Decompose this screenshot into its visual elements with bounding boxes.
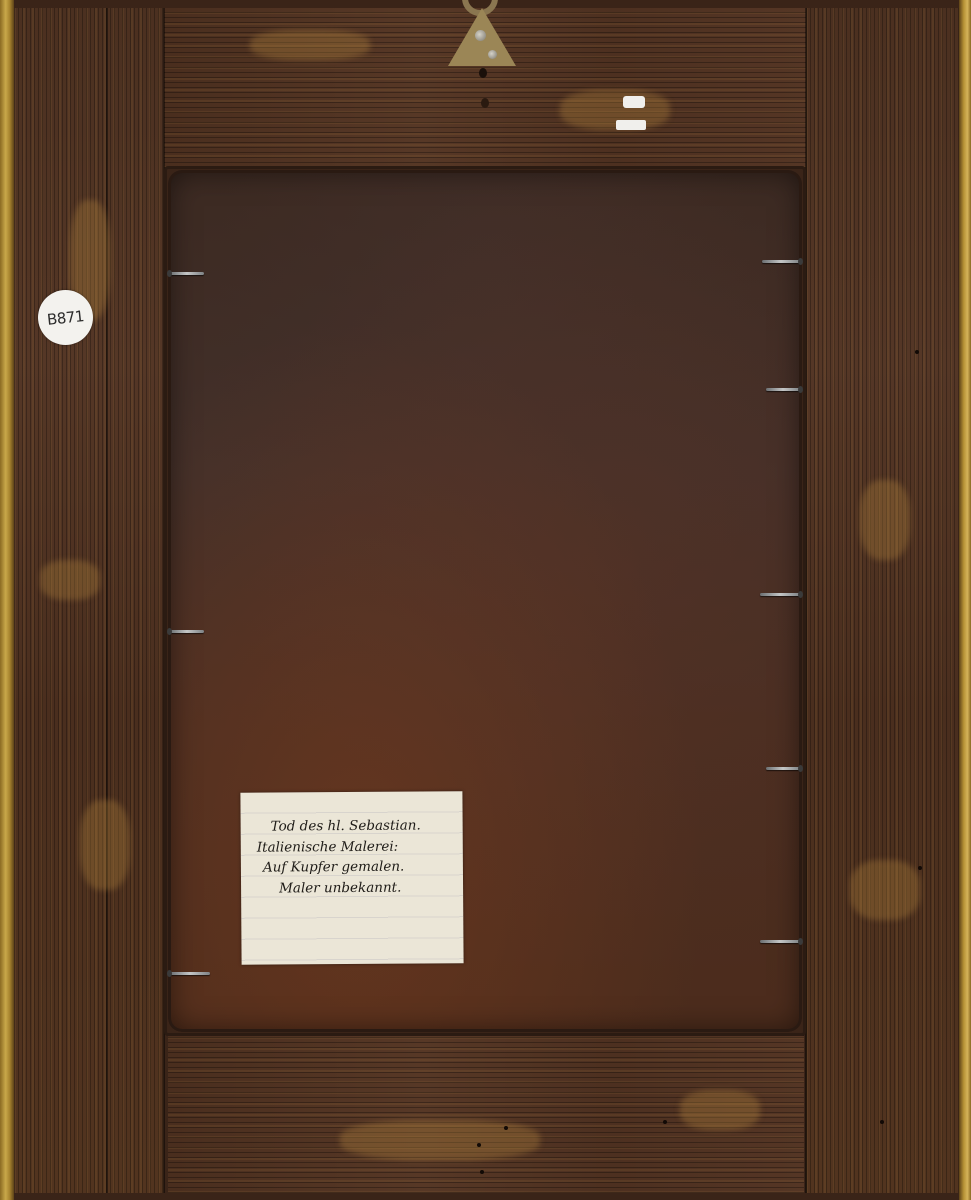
worm-hole [915, 350, 919, 354]
label-line-school: Italienische Malerei: [255, 836, 453, 858]
nail [170, 630, 204, 633]
right-stile [806, 8, 959, 1193]
screw-icon [488, 50, 497, 59]
left-stile [14, 8, 164, 1193]
nail [766, 767, 800, 770]
nail [762, 260, 800, 263]
nail [170, 272, 204, 275]
gilt-edge-right [959, 0, 971, 1200]
paint-chip [616, 120, 646, 130]
worm-hole [663, 1120, 667, 1124]
board-seam [106, 8, 108, 1193]
worm-hole [918, 866, 922, 870]
paint-chip [623, 96, 645, 108]
handwritten-label: Tod des hl. Sebastian. Italienische Male… [240, 791, 463, 965]
worm-hole [880, 1120, 884, 1124]
inventory-number: B871 [46, 307, 85, 329]
label-line-title: Tod des hl. Sebastian. [255, 815, 453, 837]
frame-back: B871 Tod des hl. Sebastian. Italienische… [0, 0, 971, 1200]
nail [766, 388, 800, 391]
nail [760, 940, 800, 943]
wood-wear [340, 1120, 540, 1160]
wood-wear [250, 30, 370, 60]
screw-icon [475, 30, 486, 41]
nail [170, 972, 210, 975]
wood-wear [680, 1090, 760, 1130]
wood-wear [80, 800, 130, 890]
screw-hole [479, 68, 487, 78]
wood-wear [560, 90, 670, 130]
gilt-edge-left [0, 0, 14, 1200]
wood-wear [860, 480, 910, 560]
wood-wear [850, 860, 920, 920]
worm-hole [504, 1126, 508, 1130]
label-line-support: Auf Kupfer gemalen. [255, 856, 453, 878]
worm-hole [477, 1143, 481, 1147]
nail [760, 593, 800, 596]
worm-hole [480, 1170, 484, 1174]
label-line-artist: Maler unbekannt. [255, 877, 453, 899]
wood-wear [40, 560, 100, 600]
screw-hole [481, 98, 489, 108]
inventory-sticker: B871 [38, 290, 93, 345]
brass-hanger-icon [448, 0, 518, 70]
